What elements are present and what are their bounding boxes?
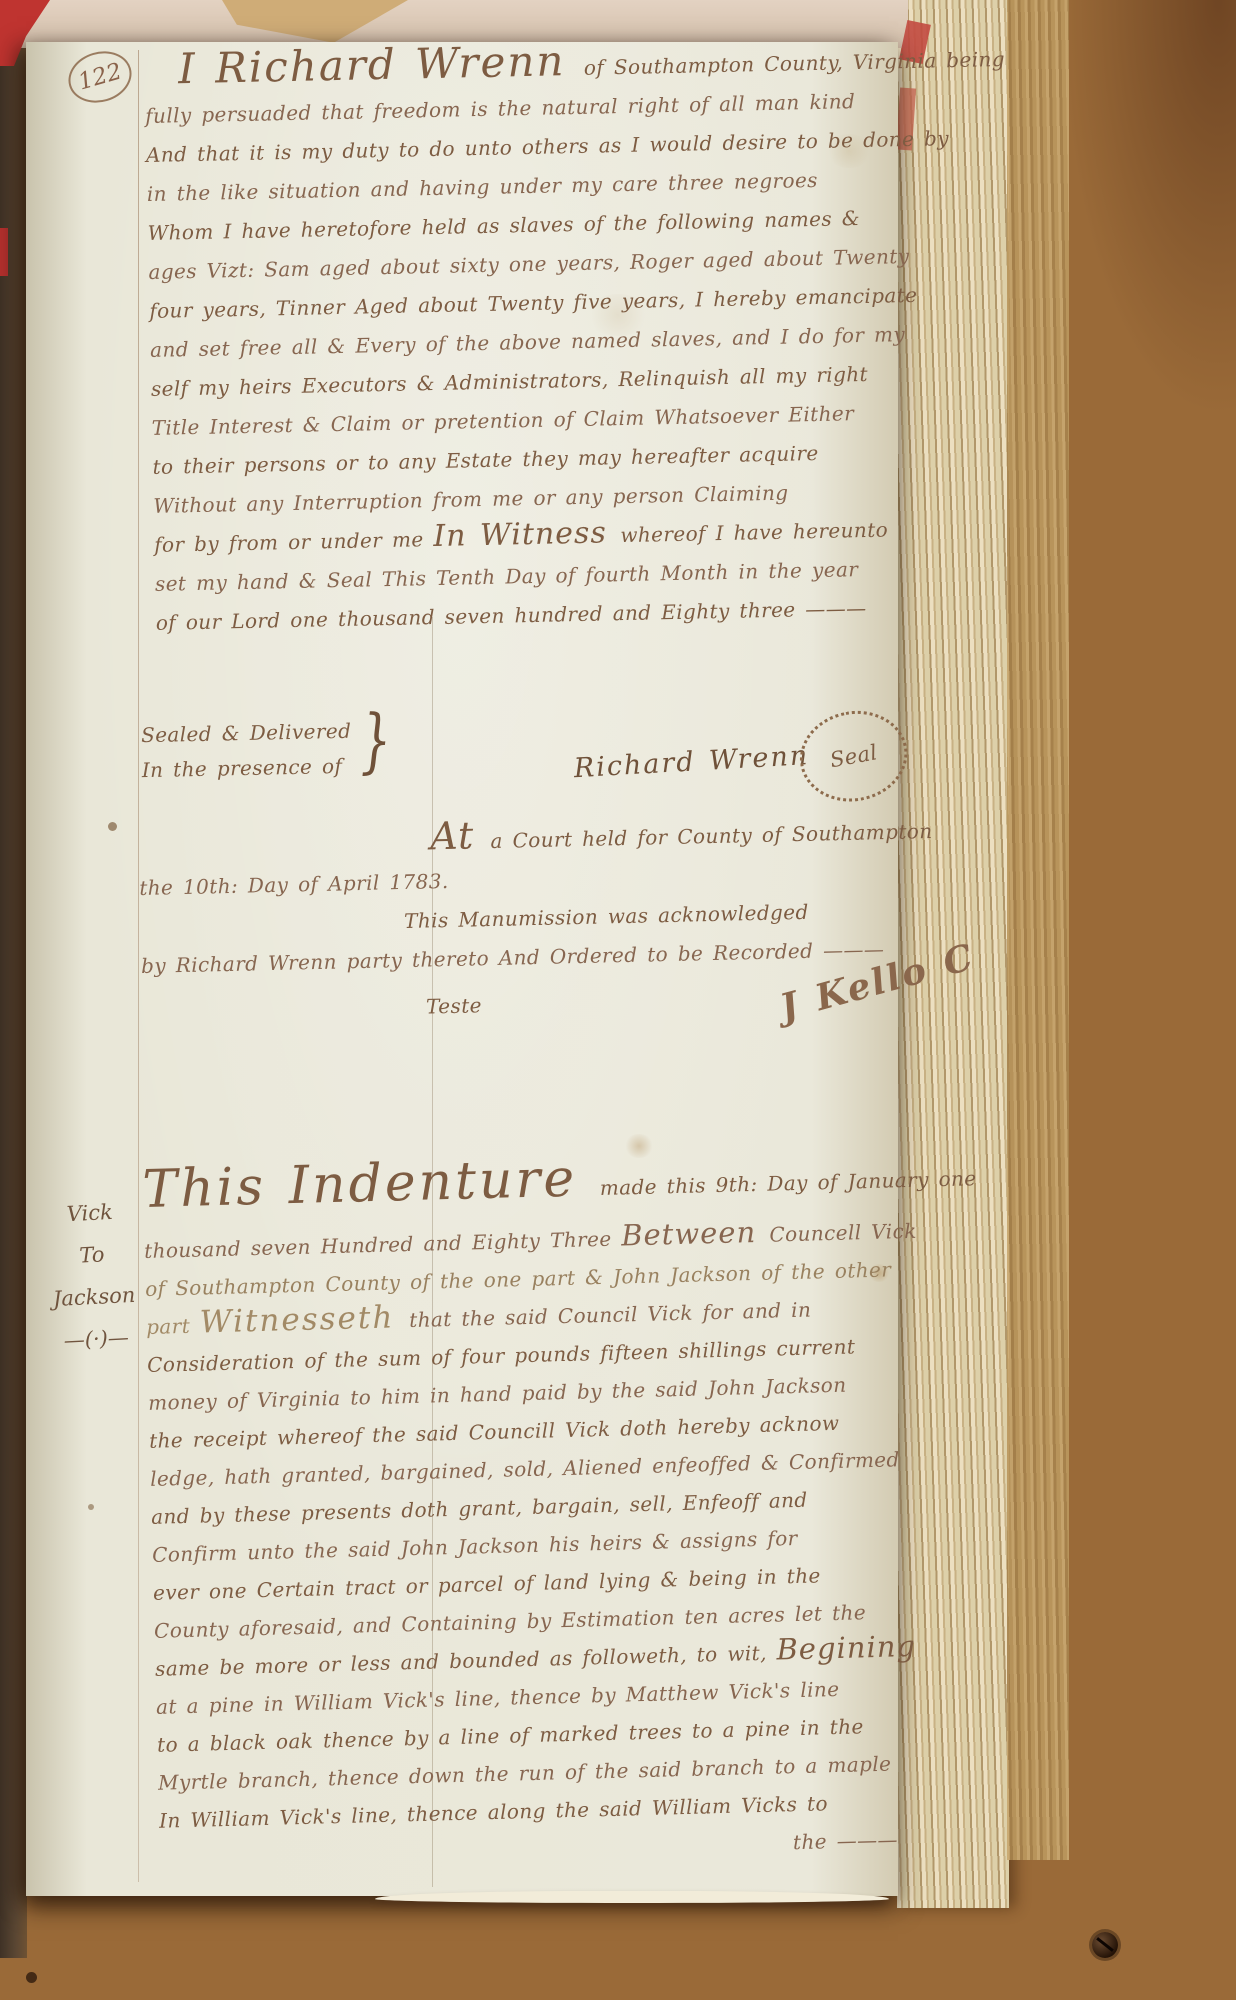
sealed-delivered-text: Sealed & Delivered [141,714,352,753]
margin-note: Vick To Jackson —(·)— [44,1190,143,1362]
desk-corner-shadow [1060,0,1236,420]
document-photo: 122 I Richard Wrenn of Southampton Count… [0,0,1236,2000]
desk-left-shadow [0,0,27,1958]
foxing-spot [88,1504,94,1510]
margin-rule-line [138,50,139,1882]
court-record-section: At a Court held for County of Southampto… [138,812,934,1033]
desk-mark [26,1972,37,1983]
page-number-badge: 122 [62,44,137,110]
margin-note-party2: Jackson [48,1274,140,1321]
margin-note-to: To [46,1232,138,1279]
wax-seal: Seal [793,702,915,810]
manumission-section: I Richard Wrenn of Southampton County, V… [144,42,928,643]
signature-richard-wrenn: Richard Wrenn [573,736,810,788]
page-number: 122 [75,58,124,95]
seal-label: Seal [828,740,879,772]
screw-head [1092,1932,1118,1958]
margin-note-flourish: —(·)— [50,1316,142,1363]
red-paper-sliver [0,228,8,276]
brace-decoration: } [359,705,392,776]
indenture-section: This Indenture made this 9th: Day of Jan… [142,1147,950,1877]
manuscript-page: 122 I Richard Wrenn of Southampton Count… [26,42,898,1896]
presence-text: In the presence of [141,749,352,788]
witness-clause: Sealed & Delivered In the presence of [141,714,353,788]
margin-note-party1: Vick [44,1190,136,1237]
foxing-spot [108,822,117,831]
